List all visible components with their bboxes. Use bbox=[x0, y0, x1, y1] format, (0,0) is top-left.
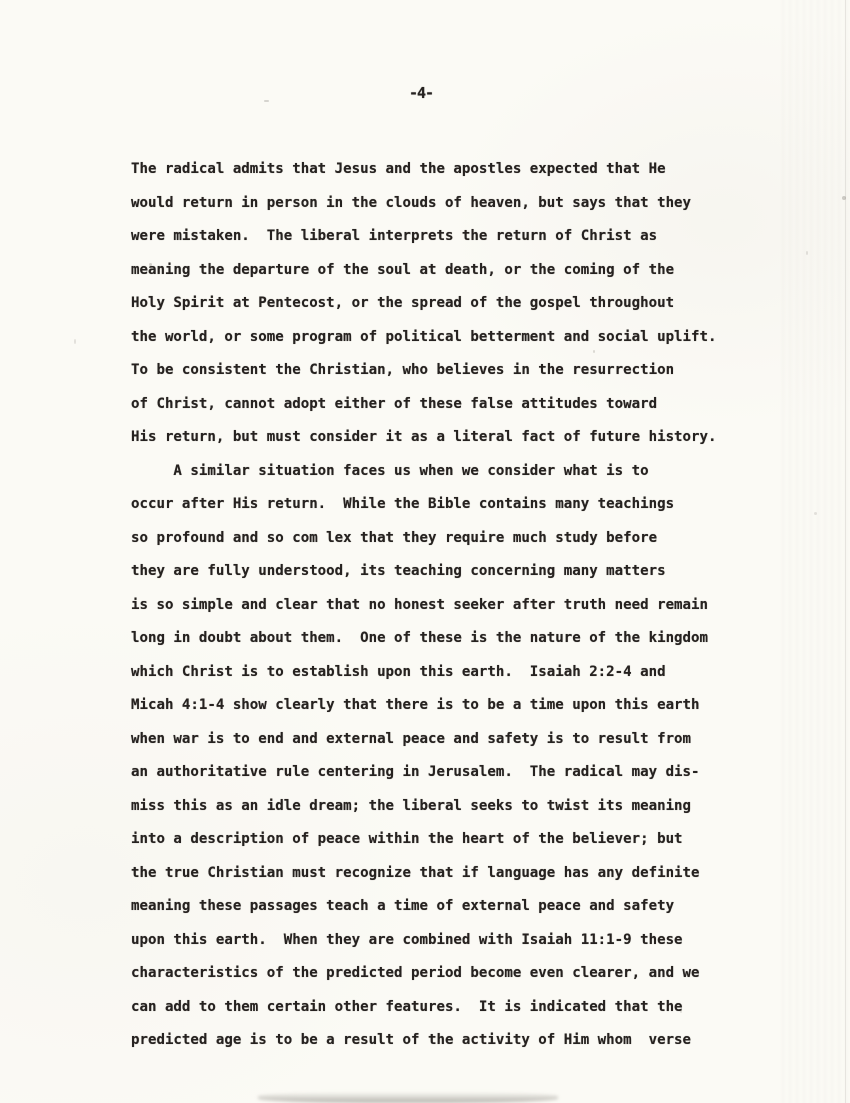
scan-streaks bbox=[780, 0, 850, 1103]
text-line: the true Christian must recognize that i… bbox=[131, 857, 771, 891]
text-line: upon this earth. When they are combined … bbox=[131, 924, 771, 958]
scan-speck bbox=[806, 251, 808, 255]
text-line: when war is to end and external peace an… bbox=[131, 723, 771, 757]
text-line: meaning the departure of the soul at dea… bbox=[131, 254, 771, 288]
scan-speck bbox=[74, 339, 76, 344]
text-line: so profound and so com lex that they req… bbox=[131, 522, 771, 556]
text-line: His return, but must consider it as a li… bbox=[131, 421, 771, 455]
scanned-document-page: -4- The radical admits that Jesus and th… bbox=[0, 0, 850, 1103]
text-line: To be consistent the Christian, who beli… bbox=[131, 354, 771, 388]
text-line: the world, or some program of political … bbox=[131, 321, 771, 355]
document-body: The radical admits that Jesus and the ap… bbox=[131, 153, 771, 1058]
scan-speck bbox=[814, 512, 817, 515]
text-line: an authoritative rule centering in Jerus… bbox=[131, 756, 771, 790]
text-line: Micah 4:1-4 show clearly that there is t… bbox=[131, 689, 771, 723]
text-line: would return in person in the clouds of … bbox=[131, 187, 771, 221]
scan-speck bbox=[842, 196, 846, 200]
text-line: A similar situation faces us when we con… bbox=[131, 455, 771, 489]
text-line: characteristics of the predicted period … bbox=[131, 957, 771, 991]
text-line: into a description of peace within the h… bbox=[131, 823, 771, 857]
text-line: The radical admits that Jesus and the ap… bbox=[131, 153, 771, 187]
text-line: is so simple and clear that no honest se… bbox=[131, 589, 771, 623]
scan-bottom-smudge bbox=[258, 1092, 558, 1103]
text-line: Holy Spirit at Pentecost, or the spread … bbox=[131, 287, 771, 321]
text-line: were mistaken. The liberal interprets th… bbox=[131, 220, 771, 254]
text-line: of Christ, cannot adopt either of these … bbox=[131, 388, 771, 422]
page-number: -4- bbox=[0, 84, 846, 102]
text-line: occur after His return. While the Bible … bbox=[131, 488, 771, 522]
scan-edge-line bbox=[845, 0, 846, 1103]
text-line: long in doubt about them. One of these i… bbox=[131, 622, 771, 656]
text-line: which Christ is to establish upon this e… bbox=[131, 656, 771, 690]
text-line: predicted age is to be a result of the a… bbox=[131, 1024, 771, 1058]
text-line: miss this as an idle dream; the liberal … bbox=[131, 790, 771, 824]
scan-speck bbox=[680, 1010, 682, 1013]
text-line: they are fully understood, its teaching … bbox=[131, 555, 771, 589]
text-line: meaning these passages teach a time of e… bbox=[131, 890, 771, 924]
scan-speck bbox=[149, 263, 152, 266]
text-line: can add to them certain other features. … bbox=[131, 991, 771, 1025]
scan-speck bbox=[593, 350, 595, 353]
scan-speck bbox=[264, 100, 269, 102]
